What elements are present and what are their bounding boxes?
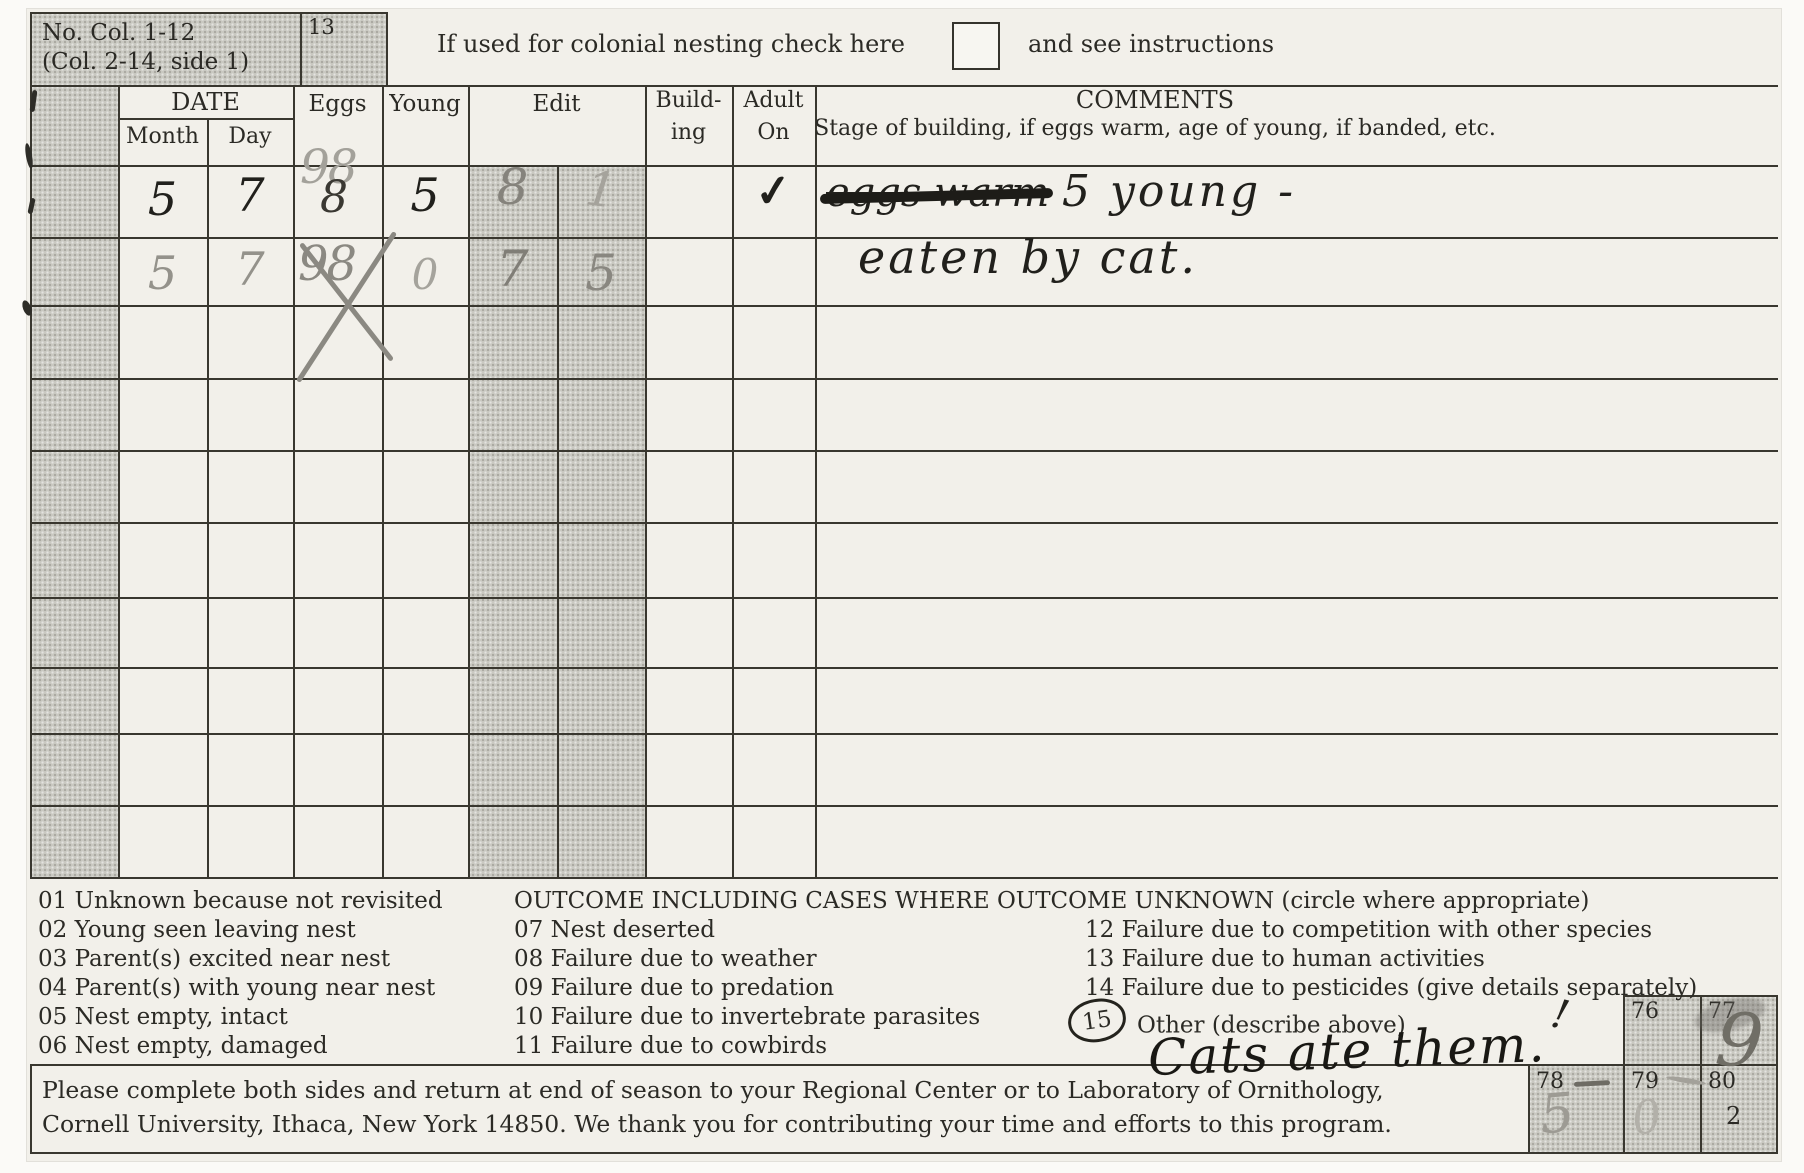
row1-comment-line2: eaten by cat. [858,230,1198,284]
colonial-nesting-text: If used for colonial nesting check here [437,30,905,58]
grid-line [207,118,209,877]
grid-line [300,12,302,85]
grid-line [1776,995,1778,1152]
box76-label: 76 [1631,999,1659,1024]
outcome-code-03: 03 Parent(s) excited near nest [38,946,390,972]
grid-line [30,12,32,877]
grid-line [645,85,647,877]
header-building-line2: ing [645,120,732,145]
outcome-code-01: 01 Unknown because not revisited [38,888,443,914]
outcome-code-13: 13 Failure due to human activities [1085,946,1485,972]
grid-line [30,1152,1778,1154]
header-edit: Edit [468,91,645,117]
grid-line [30,877,1778,879]
box78-pencil-mark: 5 [1537,1081,1577,1147]
header-comments: COMMENTS [815,86,1495,114]
grid-line [118,118,293,120]
outcome-code-05: 05 Nest empty, intact [38,1004,288,1030]
column-range-label-line2: (Col. 2-14, side 1) [42,49,249,75]
grid-line [386,12,388,85]
row2-edit-b: 5 [557,244,645,302]
row1-comment-line1: eggs warm 5 young - [826,166,1296,217]
row1-comment-after: 5 young - [1062,166,1296,217]
footer-line1: Please complete both sides and return at… [42,1076,1384,1104]
colonial-nesting-checkbox [952,22,1000,70]
row2-eggs: 98 [298,236,355,292]
grid-line [1623,995,1625,1152]
header-building-line1: Build- [645,88,732,113]
outcome-heading: OUTCOME INCLUDING CASES WHERE OUTCOME UN… [514,888,1589,914]
row2-day: 7 [207,242,293,296]
row1-edit-b: 1 [554,157,648,223]
row1-young: 5 [382,168,468,222]
grid-line [30,1064,32,1152]
grid-line [293,85,295,877]
see-instructions-text: and see instructions [1028,30,1274,58]
row2-young: 0 [382,250,468,299]
outcome-code-11: 11 Failure due to cowbirds [514,1033,827,1059]
row1-comment-struck: eggs warm [826,170,1049,216]
nest-record-card-scan: No. Col. 1-12 (Col. 2-14, side 1) 13 If … [0,0,1804,1173]
outcome-code-15-number: 15 [1081,1006,1114,1036]
header-comments-subtitle: Stage of building, if eggs warm, age of … [795,116,1515,141]
column-range-label-line1: No. Col. 1-12 [42,20,195,46]
row1-adult-on-checkmark: ✓ [730,162,818,221]
header-eggs: Eggs [293,91,382,117]
header-month: Month [118,124,207,149]
header-day: Day [207,124,293,149]
outcome-code-10: 10 Failure due to invertebrate parasites [514,1004,980,1030]
row1-month: 5 [118,172,207,226]
header-adult-line1: Adult [732,88,815,113]
row1-day: 7 [207,168,293,222]
outcome-code-02: 02 Young seen leaving nest [38,917,356,943]
box13-label: 13 [308,15,335,39]
outcome-code-08: 08 Failure due to weather [514,946,817,972]
row1-eggs-ink: 8 [320,172,348,223]
outcome-code-07: 07 Nest deserted [514,917,715,943]
outcome-code-06: 06 Nest empty, damaged [38,1033,328,1059]
footer-line2: Cornell University, Ithaca, New York 148… [42,1110,1392,1138]
outcome-code-09: 09 Failure due to predation [514,975,834,1001]
header-date: DATE [118,88,293,116]
outcome-code-12: 12 Failure due to competition with other… [1085,917,1652,943]
box80-label: 80 [1708,1069,1736,1094]
shade-first-column [30,85,118,877]
grid-line [1528,1064,1530,1152]
header-young: Young [382,91,468,117]
row1-edit-a: 8 [468,158,557,216]
row2-month: 5 [118,246,207,300]
outcome-code-14: 14 Failure due to pesticides (give detai… [1085,975,1697,1001]
box80-value: 2 [1726,1102,1741,1130]
grid-line [30,12,388,14]
row2-edit-a: 7 [468,240,557,298]
outcome-code-04: 04 Parent(s) with young near nest [38,975,435,1001]
